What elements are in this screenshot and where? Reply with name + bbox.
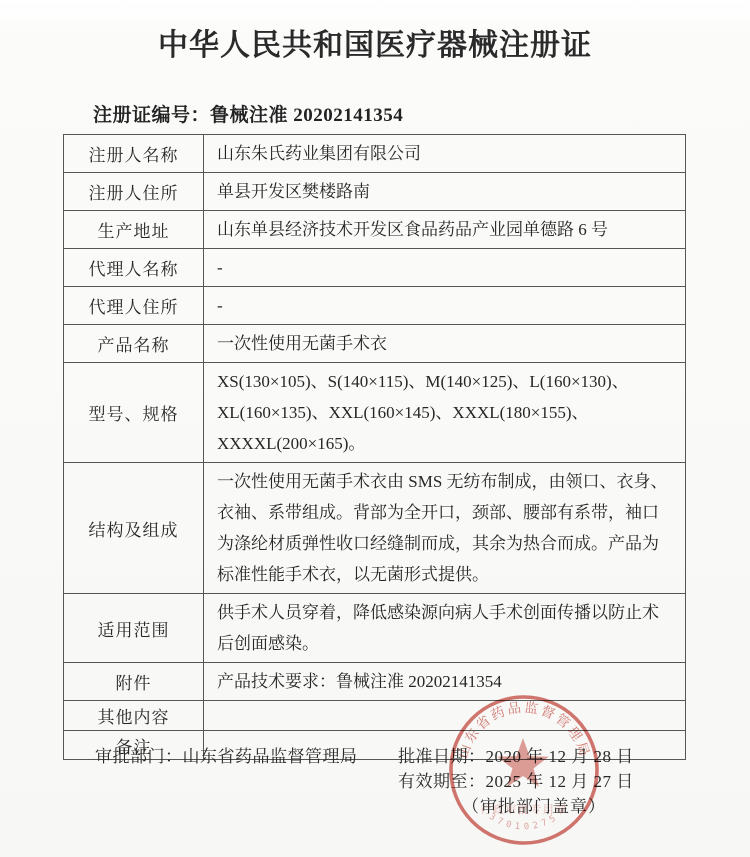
row-label: 型号、规格 bbox=[64, 363, 204, 463]
table-row-other-content: 其他内容 bbox=[64, 701, 686, 731]
table-row-intended-use: 适用范围 供手术人员穿着，降低感染源向病人手术创面传播以防止术后创面感染。 bbox=[64, 594, 686, 663]
certificate-number-line: 注册证编号：鲁械注准 20202141354 bbox=[93, 100, 403, 127]
approval-date-value: 2020 年 12 月 28 日 bbox=[486, 747, 634, 766]
certificate-number-value: 鲁械注准 20202141354 bbox=[210, 105, 403, 126]
row-value bbox=[204, 701, 686, 731]
row-label: 生产地址 bbox=[64, 211, 204, 249]
table-row-attachment: 附件 产品技术要求：鲁械注准 20202141354 bbox=[64, 663, 686, 701]
table-row-registrant-address: 注册人住所 单县开发区樊楼路南 bbox=[64, 173, 686, 211]
row-value: 一次性使用无菌手术衣 bbox=[204, 325, 686, 363]
row-label: 注册人名称 bbox=[64, 135, 204, 173]
approval-department-value: 山东省药品监督管理局 bbox=[183, 747, 358, 766]
row-label: 代理人住所 bbox=[64, 287, 204, 325]
valid-until-line: 有效期至：2025 年 12 月 27 日 bbox=[398, 767, 634, 792]
row-value: 供手术人员穿着，降低感染源向病人手术创面传播以防止术后创面感染。 bbox=[204, 594, 686, 663]
row-value: 单县开发区樊楼路南 bbox=[204, 173, 686, 211]
row-label: 适用范围 bbox=[64, 594, 204, 663]
table-row-structure-composition: 结构及组成 一次性使用无菌手术衣由 SMS 无纺布制成，由领口、衣身、衣袖、系带… bbox=[64, 463, 686, 594]
row-value: 山东单县经济技术开发区食品药品产业园单德路 6 号 bbox=[204, 211, 686, 249]
seal-note: （审批部门盖章） bbox=[462, 792, 606, 817]
table-row-agent-address: 代理人住所 - bbox=[64, 287, 686, 325]
page-title: 中华人民共和国医疗器械注册证 bbox=[0, 20, 750, 64]
certificate-number-label: 注册证编号： bbox=[93, 105, 210, 126]
row-label: 注册人住所 bbox=[64, 173, 204, 211]
valid-until-label: 有效期至： bbox=[398, 772, 486, 791]
approval-date-line: 批准日期：2020 年 12 月 28 日 bbox=[398, 742, 634, 767]
table-row-production-address: 生产地址 山东单县经济技术开发区食品药品产业园单德路 6 号 bbox=[64, 211, 686, 249]
table-row-model-spec: 型号、规格 XS(130×105)、S(140×115)、M(140×125)、… bbox=[64, 363, 686, 463]
row-label: 代理人名称 bbox=[64, 249, 204, 287]
row-value: - bbox=[204, 287, 686, 325]
table-row-agent-name: 代理人名称 - bbox=[64, 249, 686, 287]
row-value: - bbox=[204, 249, 686, 287]
row-label: 产品名称 bbox=[64, 325, 204, 363]
certificate-table: 注册人名称 山东朱氏药业集团有限公司 注册人住所 单县开发区樊楼路南 生产地址 … bbox=[63, 134, 686, 760]
row-label: 附件 bbox=[64, 663, 204, 701]
row-label: 结构及组成 bbox=[64, 463, 204, 594]
row-value: 一次性使用无菌手术衣由 SMS 无纺布制成，由领口、衣身、衣袖、系带组成。背部为… bbox=[204, 463, 686, 594]
approval-department-label: 审批部门： bbox=[95, 747, 183, 766]
approval-date-label: 批准日期： bbox=[398, 747, 486, 766]
table-row-product-name: 产品名称 一次性使用无菌手术衣 bbox=[64, 325, 686, 363]
table-row-registrant-name: 注册人名称 山东朱氏药业集团有限公司 bbox=[64, 135, 686, 173]
row-value: XS(130×105)、S(140×115)、M(140×125)、L(160×… bbox=[204, 363, 686, 463]
row-value: 产品技术要求：鲁械注准 20202141354 bbox=[204, 663, 686, 701]
certificate-page: 中华人民共和国医疗器械注册证 注册证编号：鲁械注准 20202141354 注册… bbox=[0, 0, 750, 857]
valid-until-value: 2025 年 12 月 27 日 bbox=[486, 772, 634, 791]
row-label: 其他内容 bbox=[64, 701, 204, 731]
row-value: 山东朱氏药业集团有限公司 bbox=[204, 135, 686, 173]
approval-department-line: 审批部门：山东省药品监督管理局 bbox=[95, 742, 358, 767]
